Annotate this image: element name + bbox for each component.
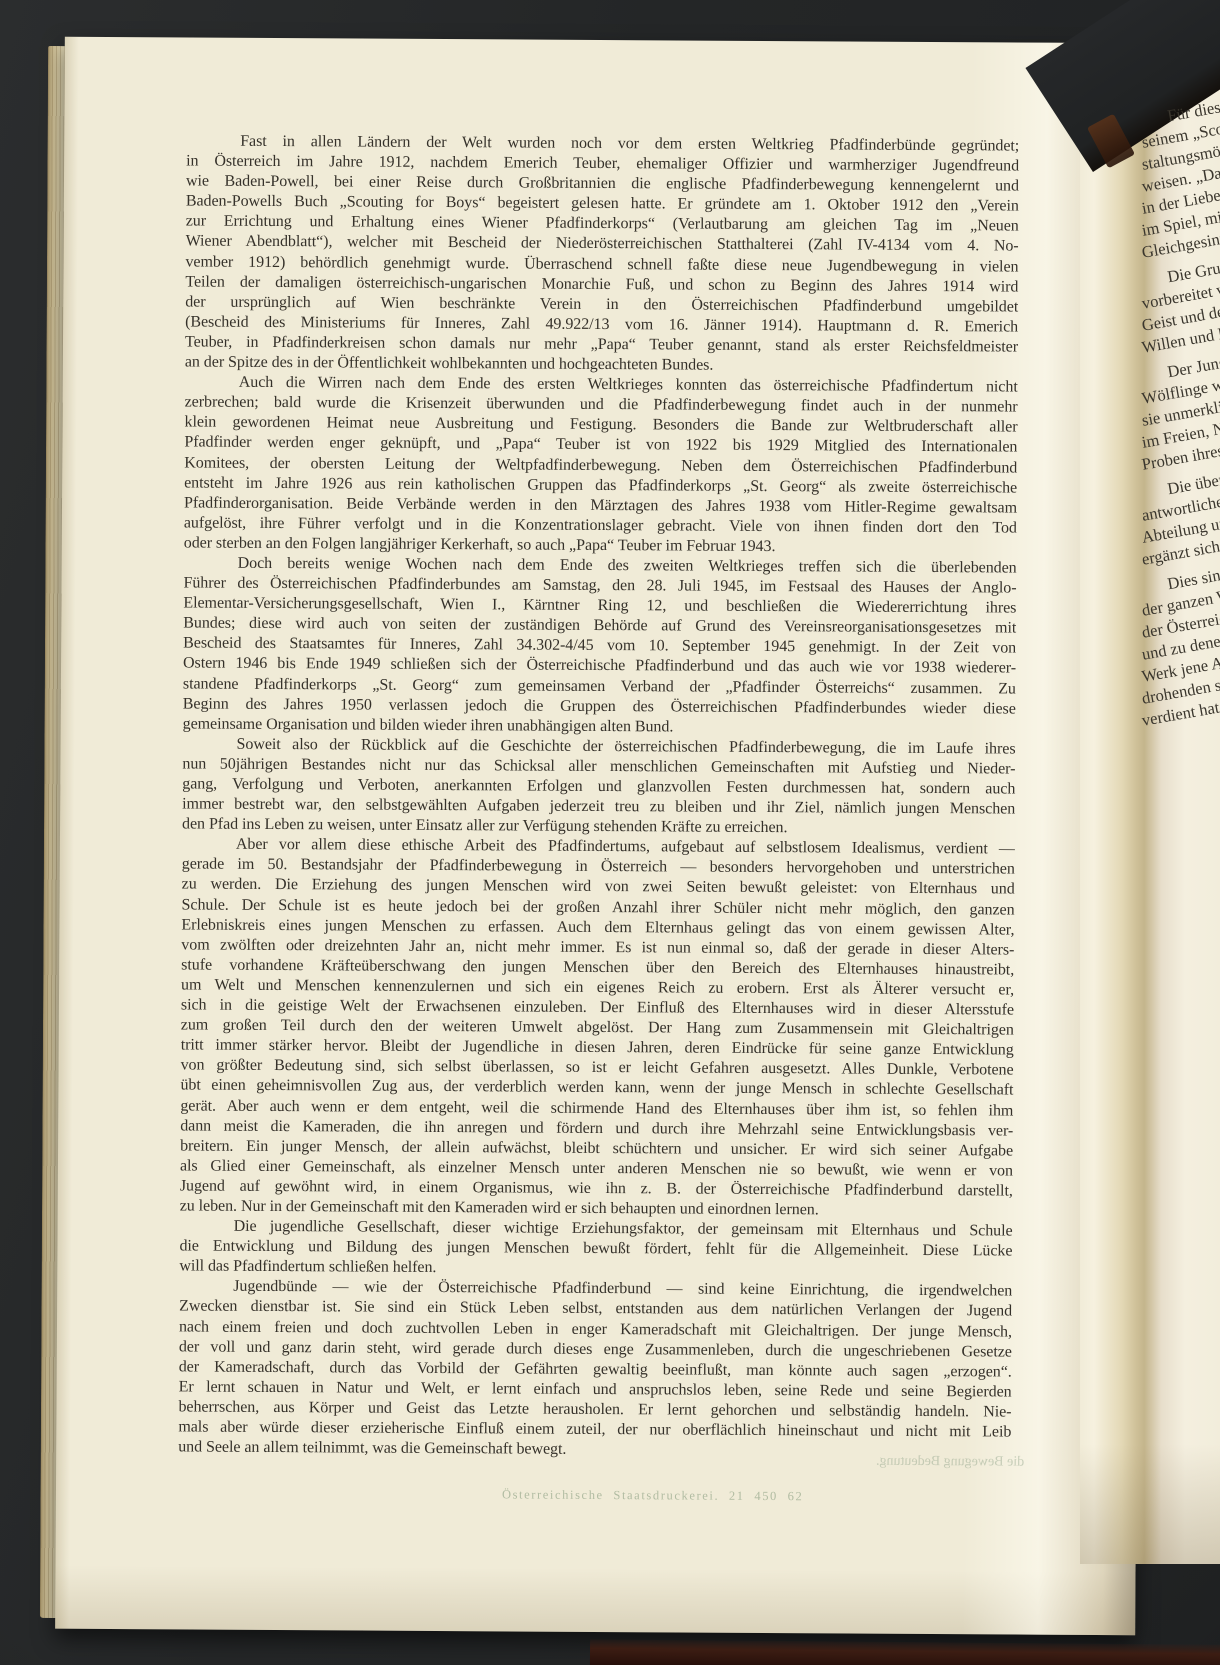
book-left-page: Fast in allen Ländern der Welt wurden no… — [55, 37, 1145, 1636]
paragraph: Doch bereits wenige Wochen nach dem Ende… — [183, 553, 1017, 739]
book-cover-edge — [590, 1639, 1220, 1665]
show-through-text: die Bewegung Bedeutung. — [834, 1453, 1024, 1470]
paragraph: Fast in allen Ländern der Welt wurden no… — [185, 131, 1019, 377]
paragraph: Die jugendliche Gesellschaft, dieser wic… — [179, 1217, 1012, 1282]
paragraph: Jugendbünde — wie der Österreichische Pf… — [178, 1277, 1012, 1463]
book-photo: Fast in allen Ländern der Welt wurden no… — [0, 0, 1220, 1665]
paragraph: Auch die Wirren nach dem Ende des ersten… — [184, 373, 1018, 559]
book-right-page-text: Für dieseseinem „Scoutinstaltungsmöglich… — [1142, 110, 1220, 732]
paragraph: Soweit also der Rückblick auf die Geschi… — [182, 734, 1016, 840]
paragraph: Aber vor allem diese ethische Arbeit des… — [180, 835, 1015, 1222]
imprint-line: Österreichische Staatsdruckerei. 21 450 … — [502, 1487, 803, 1504]
page-text: Fast in allen Ländern der Welt wurden no… — [178, 131, 1019, 1462]
